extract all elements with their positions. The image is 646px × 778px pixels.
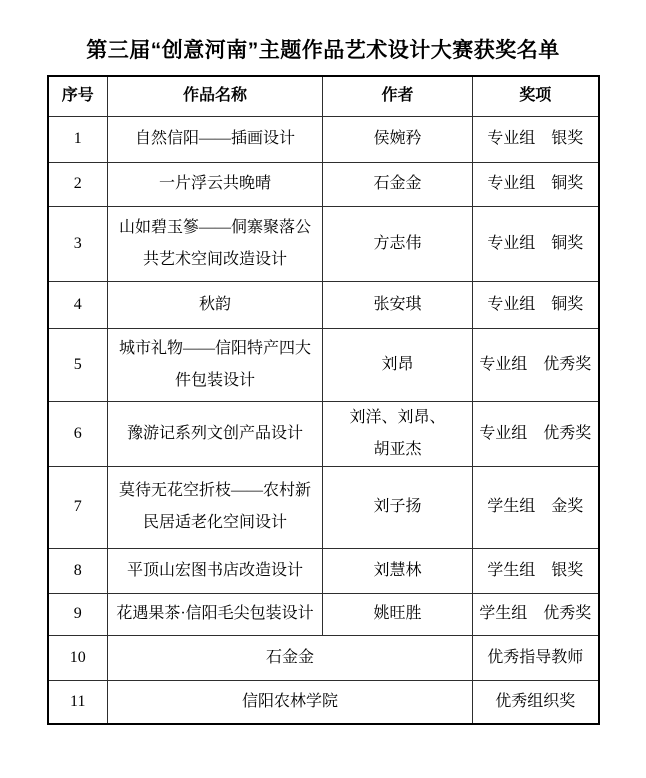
award-cell: 专业组 铜奖 bbox=[473, 281, 599, 328]
author-cell: 姚旺胜 bbox=[323, 593, 473, 635]
header-author: 作者 bbox=[323, 76, 473, 116]
author-cell: 刘洋、刘昂、 胡亚杰 bbox=[323, 401, 473, 466]
award-cell: 学生组 金奖 bbox=[473, 466, 599, 548]
table-row: 11 信阳农林学院 优秀组织奖 bbox=[48, 680, 599, 724]
page-title: 第三届“创意河南”主题作品艺术设计大赛获奖名单 bbox=[0, 0, 646, 64]
award-cell: 优秀组织奖 bbox=[473, 680, 599, 724]
table-row: 2 一片浮云共晚晴 石金金 专业组 铜奖 bbox=[48, 162, 599, 206]
awards-table: 序号 作品名称 作者 奖项 1 自然信阳——插画设计 侯婉矜 专业组 银奖 2 … bbox=[47, 75, 600, 725]
award-cell: 专业组 铜奖 bbox=[473, 206, 599, 281]
header-serial-number: 序号 bbox=[48, 76, 108, 116]
work-name-cell: 自然信阳——插画设计 bbox=[108, 116, 323, 162]
work-name-cell: 花遇果茶·信阳毛尖包装设计 bbox=[108, 593, 323, 635]
award-cell: 专业组 铜奖 bbox=[473, 162, 599, 206]
author-cell: 刘昂 bbox=[323, 328, 473, 401]
award-cell: 学生组 银奖 bbox=[473, 548, 599, 593]
table-row: 8 平顶山宏图书店改造设计 刘慧林 学生组 银奖 bbox=[48, 548, 599, 593]
award-cell: 学生组 优秀奖 bbox=[473, 593, 599, 635]
table-row: 5 城市礼物——信阳特产四大 件包装设计 刘昂 专业组 优秀奖 bbox=[48, 328, 599, 401]
table-row: 1 自然信阳——插画设计 侯婉矜 专业组 银奖 bbox=[48, 116, 599, 162]
table-row: 10 石金金 优秀指导教师 bbox=[48, 635, 599, 680]
award-cell: 优秀指导教师 bbox=[473, 635, 599, 680]
row-number-cell: 5 bbox=[48, 328, 108, 401]
author-cell: 侯婉矜 bbox=[323, 116, 473, 162]
header-row: 序号 作品名称 作者 奖项 bbox=[48, 76, 599, 116]
award-cell: 专业组 优秀奖 bbox=[473, 328, 599, 401]
work-name-cell: 平顶山宏图书店改造设计 bbox=[108, 548, 323, 593]
row-number-cell: 1 bbox=[48, 116, 108, 162]
work-name-cell: 一片浮云共晚晴 bbox=[108, 162, 323, 206]
table-header: 序号 作品名称 作者 奖项 bbox=[48, 76, 599, 116]
document-page: 第三届“创意河南”主题作品艺术设计大赛获奖名单 序号 作品名称 作者 奖项 1 … bbox=[0, 0, 646, 778]
author-cell: 刘子扬 bbox=[323, 466, 473, 548]
table-row: 7 莫待无花空折枝——农村新 民居适老化空间设计 刘子扬 学生组 金奖 bbox=[48, 466, 599, 548]
table-body: 1 自然信阳——插画设计 侯婉矜 专业组 银奖 2 一片浮云共晚晴 石金金 专业… bbox=[48, 116, 599, 724]
table-row: 4 秋韵 张安琪 专业组 铜奖 bbox=[48, 281, 599, 328]
merged-name-cell: 石金金 bbox=[108, 635, 473, 680]
row-number-cell: 11 bbox=[48, 680, 108, 724]
author-cell: 石金金 bbox=[323, 162, 473, 206]
award-cell: 专业组 优秀奖 bbox=[473, 401, 599, 466]
award-cell: 专业组 银奖 bbox=[473, 116, 599, 162]
author-cell: 张安琪 bbox=[323, 281, 473, 328]
work-name-cell: 豫游记系列文创产品设计 bbox=[108, 401, 323, 466]
table-row: 3 山如碧玉篸——侗寨聚落公 共艺术空间改造设计 方志伟 专业组 铜奖 bbox=[48, 206, 599, 281]
table-row: 6 豫游记系列文创产品设计 刘洋、刘昂、 胡亚杰 专业组 优秀奖 bbox=[48, 401, 599, 466]
work-name-cell: 城市礼物——信阳特产四大 件包装设计 bbox=[108, 328, 323, 401]
row-number-cell: 9 bbox=[48, 593, 108, 635]
row-number-cell: 3 bbox=[48, 206, 108, 281]
row-number-cell: 8 bbox=[48, 548, 108, 593]
work-name-cell: 山如碧玉篸——侗寨聚落公 共艺术空间改造设计 bbox=[108, 206, 323, 281]
row-number-cell: 4 bbox=[48, 281, 108, 328]
row-number-cell: 10 bbox=[48, 635, 108, 680]
header-award: 奖项 bbox=[473, 76, 599, 116]
row-number-cell: 6 bbox=[48, 401, 108, 466]
table-row: 9 花遇果茶·信阳毛尖包装设计 姚旺胜 学生组 优秀奖 bbox=[48, 593, 599, 635]
header-work-name: 作品名称 bbox=[108, 76, 323, 116]
author-cell: 方志伟 bbox=[323, 206, 473, 281]
work-name-cell: 秋韵 bbox=[108, 281, 323, 328]
row-number-cell: 7 bbox=[48, 466, 108, 548]
row-number-cell: 2 bbox=[48, 162, 108, 206]
work-name-cell: 莫待无花空折枝——农村新 民居适老化空间设计 bbox=[108, 466, 323, 548]
merged-name-cell: 信阳农林学院 bbox=[108, 680, 473, 724]
author-cell: 刘慧林 bbox=[323, 548, 473, 593]
